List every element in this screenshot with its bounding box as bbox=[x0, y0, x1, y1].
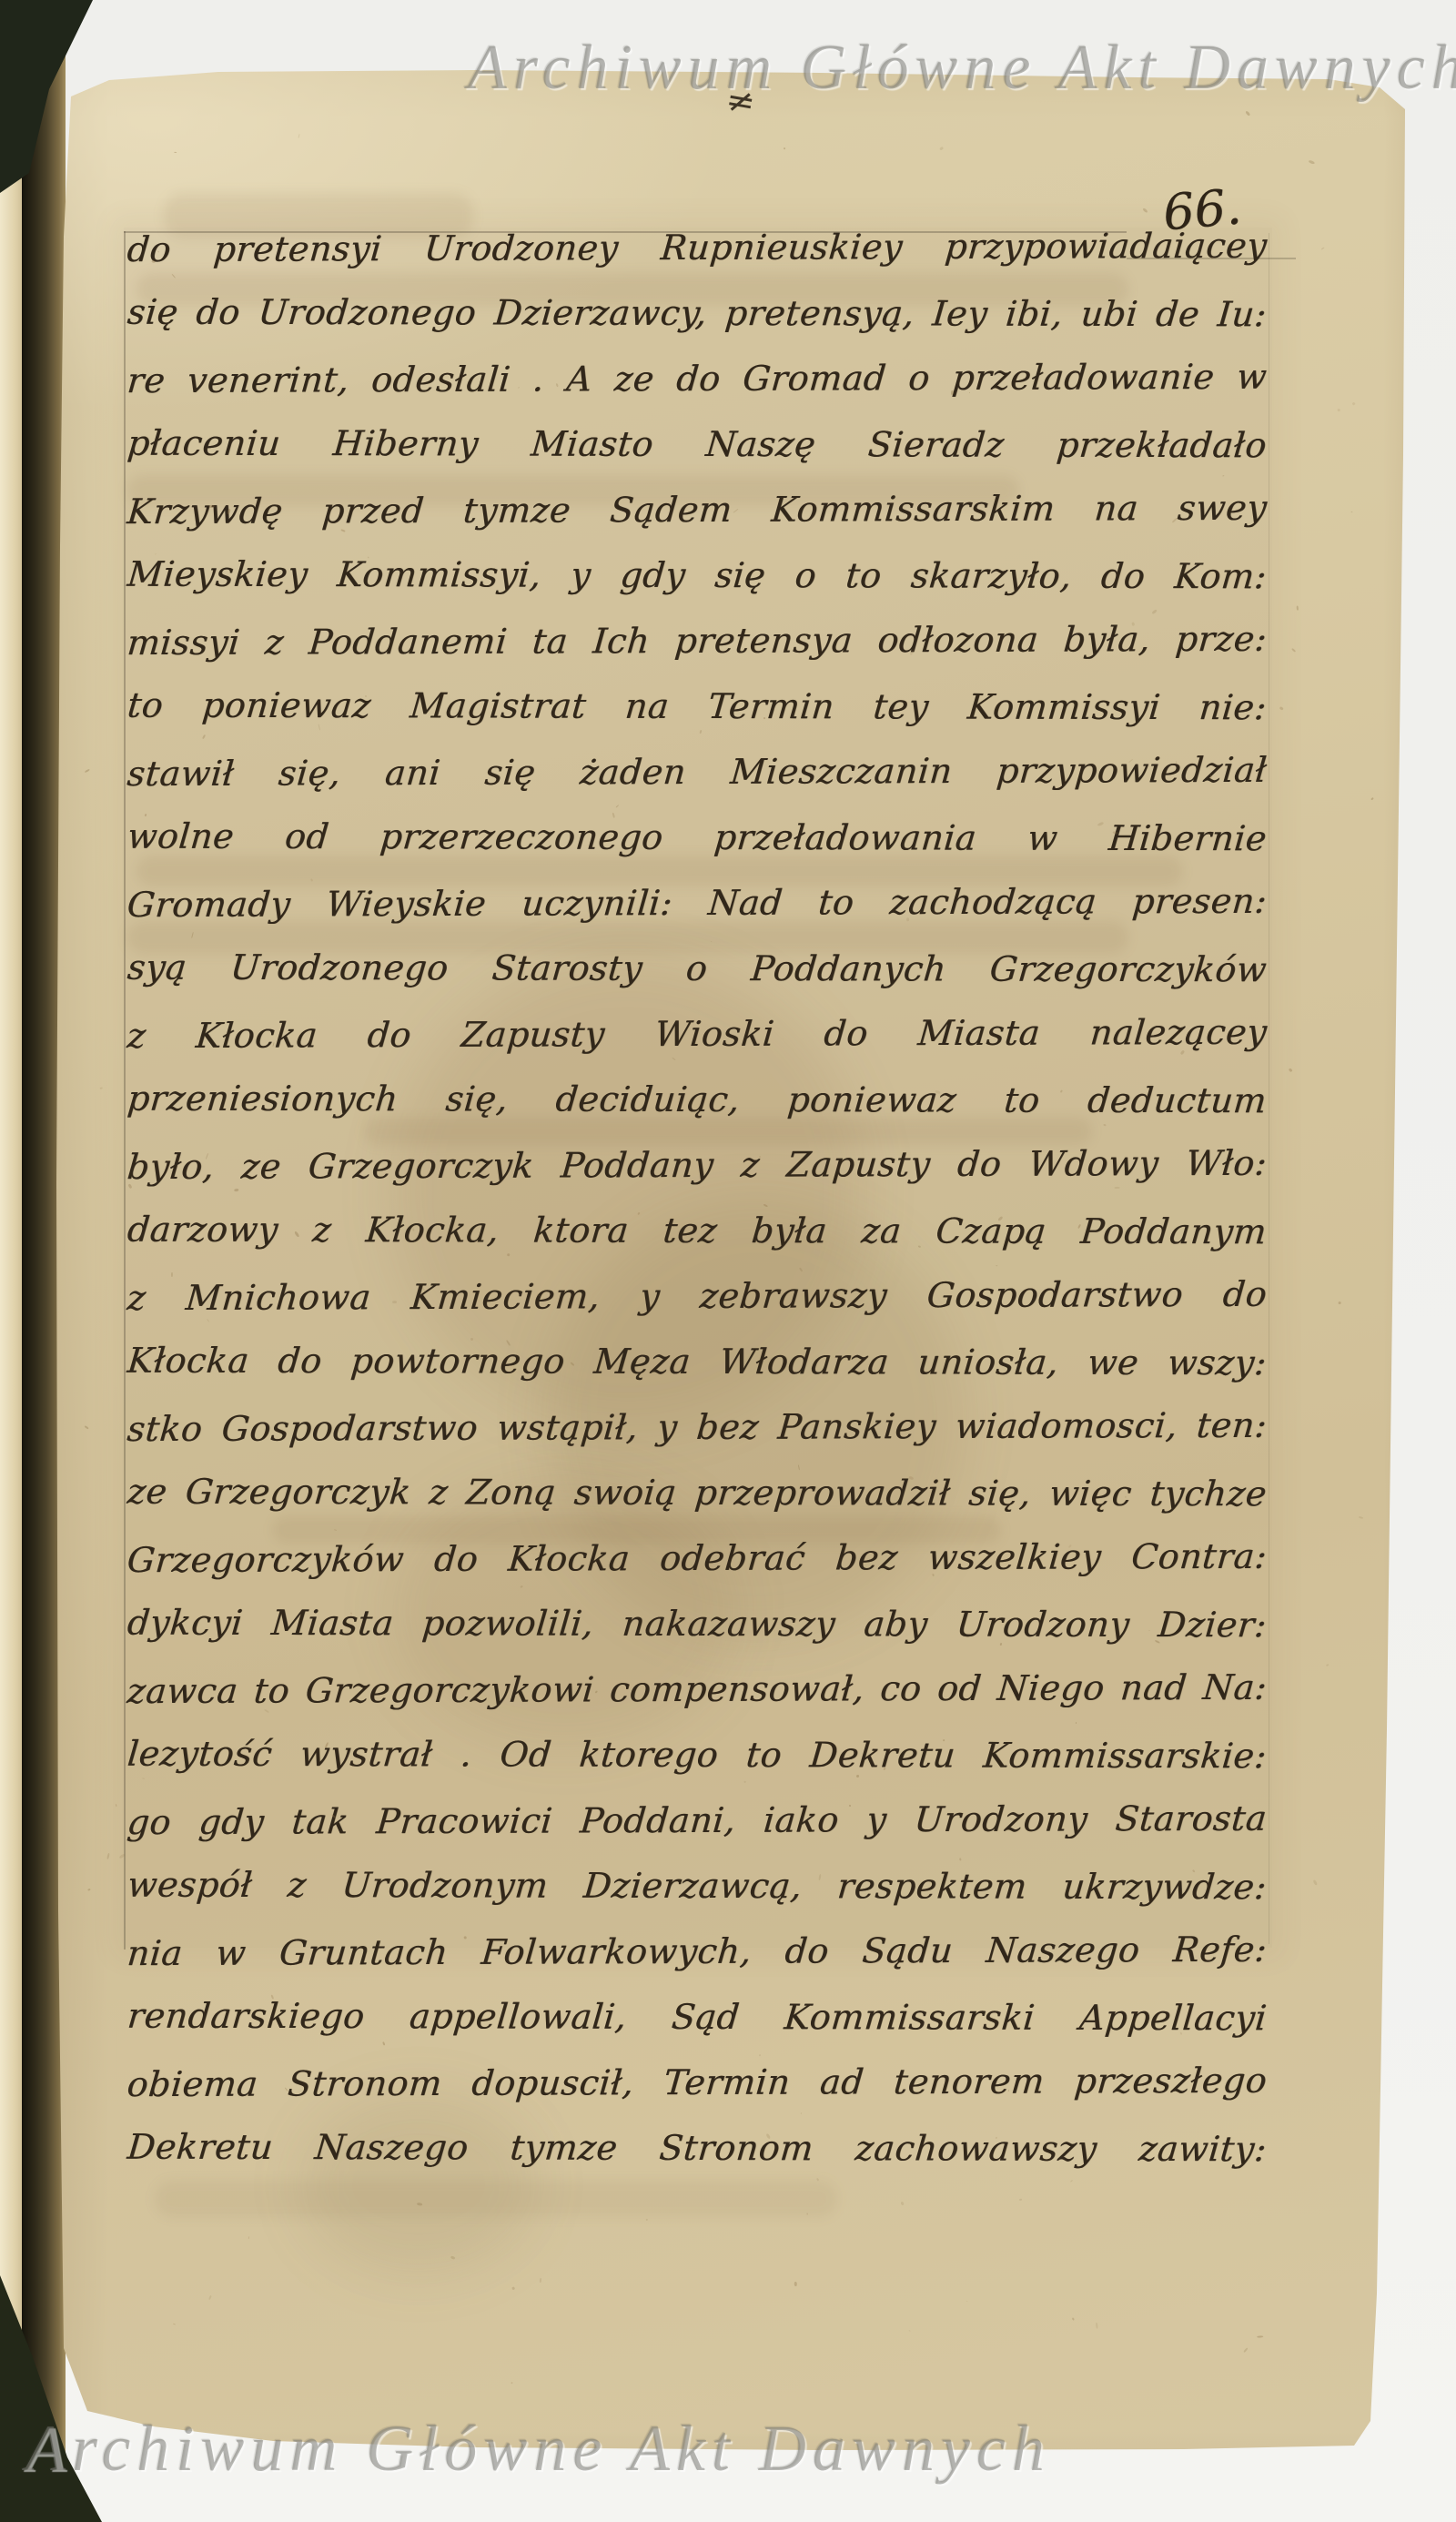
manuscript-line: nia w Gruntach Folwarkowych, do Sądu Nas… bbox=[125, 1917, 1269, 1986]
manuscript-line: missyi z Poddanemi ta Ich pretensya odło… bbox=[125, 606, 1269, 675]
manuscript-line: do pretensyi Urodzoney Rupnieuskiey przy… bbox=[125, 213, 1269, 282]
manuscript-line: Krzywdę przed tymze Sądem Kommissarskim … bbox=[125, 475, 1269, 544]
manuscript-line: stawił się, ani się żaden Mieszczanin pr… bbox=[125, 737, 1269, 806]
manuscript-line: stko Gospodarstwo wstąpił, y bez Panskie… bbox=[125, 1393, 1269, 1462]
manuscript-line: Kłocka do powtornego Męza Włodarza unios… bbox=[125, 1328, 1269, 1396]
manuscript-line: ze Grzegorczyk z Zoną swoią przeprowadzi… bbox=[125, 1459, 1269, 1527]
manuscript-line: wespół z Urodzonym Dzierzawcą, respektem… bbox=[125, 1852, 1269, 1920]
manuscript-line: Mieyskiey Kommissyi, y gdy się o to skar… bbox=[125, 542, 1269, 610]
manuscript-line: płaceniu Hiberny Miasto Naszę Sieradz pr… bbox=[125, 410, 1269, 479]
manuscript-line: to poniewaz Magistrat na Termin tey Komm… bbox=[125, 673, 1269, 741]
margin-guide-vertical-right bbox=[1269, 233, 1269, 1944]
manuscript-line: obiema Stronom dopuscił, Termin ad tenor… bbox=[125, 2048, 1269, 2117]
manuscript-line: Dekretu Naszego tymze Stronom zachowawsz… bbox=[125, 2114, 1269, 2183]
margin-guide-vertical-left bbox=[124, 231, 126, 1950]
manuscript-line: rendarskiego appellowali, Sąd Kommissars… bbox=[125, 1983, 1269, 2051]
manuscript-line: przeniesionych się, deciduiąc, poniewaz … bbox=[125, 1066, 1269, 1134]
manuscript-line: Grzegorczyków do Kłocka odebrać bez wsze… bbox=[125, 1524, 1269, 1593]
manuscript-line: lezytość wystrał . Od ktorego to Dekretu… bbox=[125, 1721, 1269, 1789]
manuscript-page: ≠ 66. do pretensyi Urodzoney Rupnieuskie… bbox=[0, 0, 1456, 2522]
manuscript-line: dykcyi Miasta pozwolili, nakazawszy aby … bbox=[125, 1590, 1269, 1658]
manuscript-line: się do Urodzonego Dzierzawcy, pretensyą,… bbox=[125, 279, 1269, 348]
manuscript-line: z Kłocka do Zapusty Wioski do Miasta nal… bbox=[125, 999, 1269, 1069]
manuscript-line: go gdy tak Pracowici Poddani, iako y Uro… bbox=[125, 1786, 1269, 1855]
manuscript-line: zawca to Grzegorczykowi compensował, co … bbox=[125, 1655, 1269, 1724]
manuscript-line: Gromady Wieyskie uczynili: Nad to zachod… bbox=[125, 868, 1269, 937]
manuscript-line: wolne od przerzeczonego przeładowania w … bbox=[125, 804, 1269, 872]
manuscript-line: syą Urodzonego Starosty o Poddanych Grze… bbox=[125, 935, 1269, 1003]
manuscript-text-block: do pretensyi Urodzoney Rupnieuskiey przy… bbox=[127, 215, 1267, 2181]
manuscript-line: było, ze Grzegorczyk Poddany z Zapusty d… bbox=[125, 1130, 1269, 1200]
manuscript-line: darzowy z Kłocka, ktora tez była za Czap… bbox=[125, 1197, 1269, 1265]
manuscript-line: z Mnichowa Kmieciem, y zebrawszy Gospoda… bbox=[125, 1261, 1269, 1331]
scan-background: { "scan": { "watermark_text": "Archiwum … bbox=[0, 0, 1456, 2522]
folio-mark: ≠ bbox=[723, 82, 758, 121]
manuscript-line: re venerint, odesłali . A ze do Gromad o… bbox=[125, 344, 1269, 413]
